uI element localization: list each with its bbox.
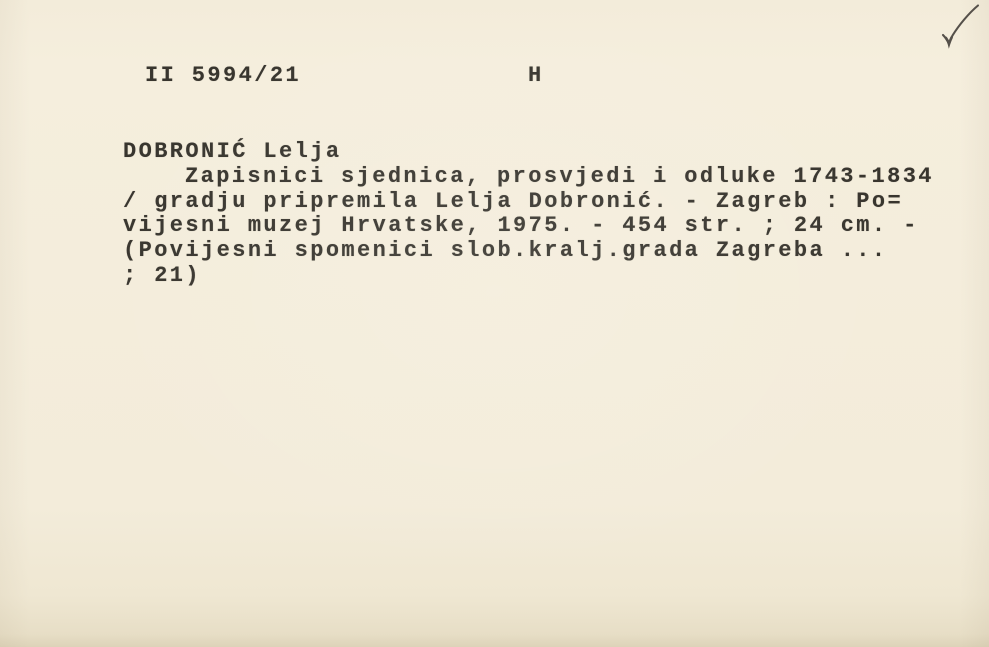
author-heading: DOBRONIĆ Lelja xyxy=(123,140,934,165)
catalog-card: II 5994/21 H DOBRONIĆ Lelja Zapisnici sj… xyxy=(0,0,989,647)
bibliographic-entry: DOBRONIĆ Lelja Zapisnici sjednica, prosv… xyxy=(123,140,934,289)
checkmark-icon xyxy=(935,2,983,58)
entry-line-imprint: vijesni muzej Hrvatske, 1975. - 454 str.… xyxy=(123,214,934,239)
call-number: II 5994/21 xyxy=(145,63,301,88)
entry-line-title: Zapisnici sjednica, prosvjedi i odluke 1… xyxy=(123,165,934,190)
entry-line-statement: / gradju pripremila Lelja Dobronić. - Za… xyxy=(123,190,934,215)
entry-line-series-number: ; 21) xyxy=(123,264,934,289)
location-mark: H xyxy=(528,63,544,88)
entry-line-series: (Povijesni spomenici slob.kralj.grada Za… xyxy=(123,239,934,264)
card-header: II 5994/21 H xyxy=(0,63,989,89)
